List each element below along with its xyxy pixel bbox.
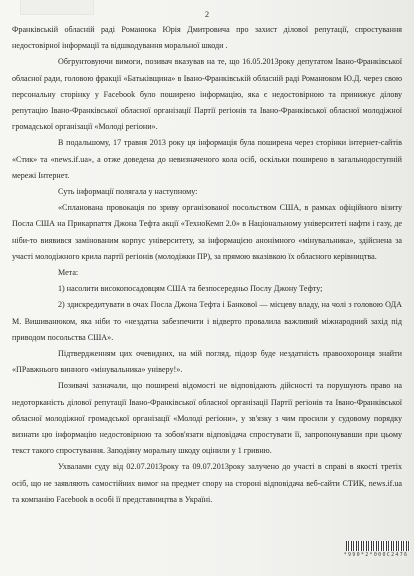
document-page: 2 Франківській обласній раді Романюка Юр… — [0, 0, 414, 576]
list-item: 1) насолити високопосадовцям США та безп… — [12, 281, 402, 297]
paragraph: Суть інформації полягала у наступному: — [12, 184, 402, 200]
paragraph: Обгрунтовуючи вимоги, позивач вказував н… — [12, 54, 402, 135]
barcode — [346, 541, 410, 551]
paragraph: Мета: — [12, 265, 402, 281]
document-body: Франківській обласній раді Романюка Юрія… — [12, 22, 402, 508]
paragraph: В подальшому, 17 травня 2013 року ця інф… — [12, 135, 402, 184]
page-number: 2 — [0, 9, 414, 19]
paragraph: Франківській обласній раді Романюка Юрія… — [12, 22, 402, 54]
quote-paragraph: «Спланована провокація по зриву організо… — [12, 200, 402, 265]
list-item: 2) здискредитувати в очах Посла Джона Те… — [12, 297, 402, 346]
barcode-number: *990*2*000C2476 — [340, 552, 412, 558]
paragraph: Ухвалами суду від 02.07.2013року та 09.0… — [12, 459, 402, 508]
paragraph: Позивачі зазначали, що поширені відомост… — [12, 378, 402, 459]
paragraph: Підтвердженням цих очевидних, на мій пог… — [12, 346, 402, 378]
